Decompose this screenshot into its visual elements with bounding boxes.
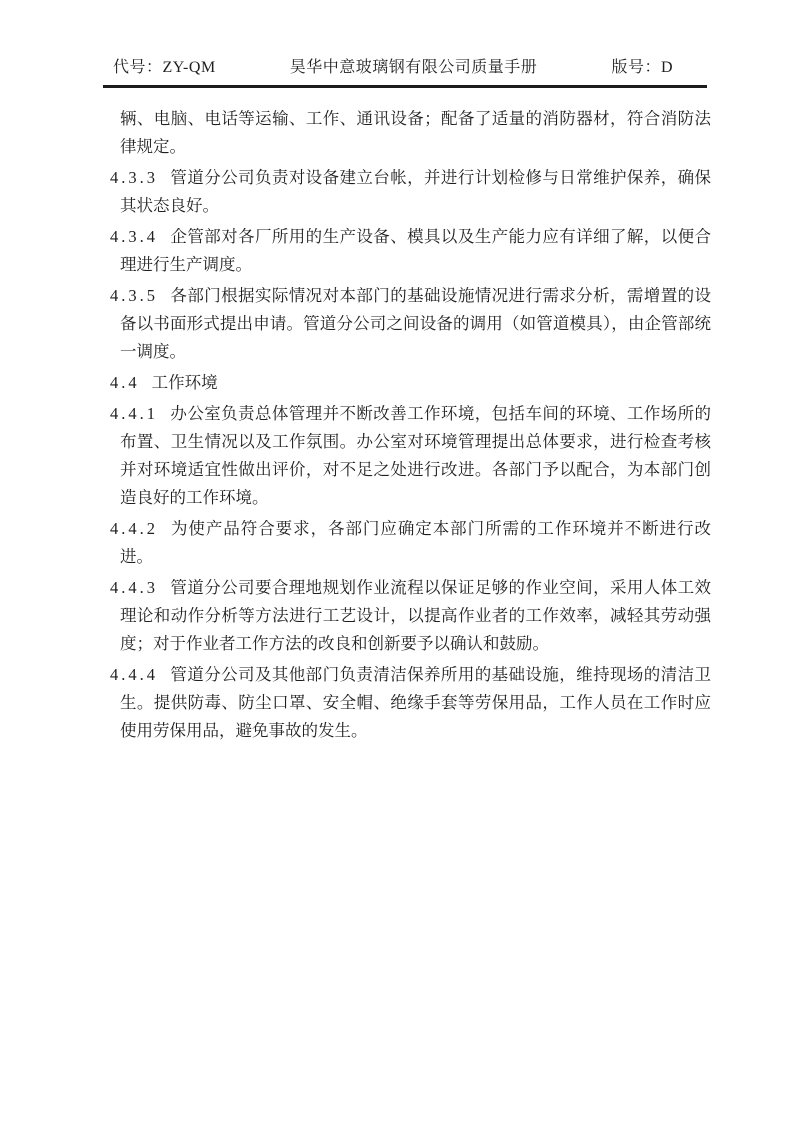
header-row: 代号：ZY-QM 昊华中意玻璃钢有限公司质量手册 版号：D <box>103 54 707 85</box>
paragraph-4-4-3: 4.4.3管道分公司要合理地规划作业流程以保证足够的作业空间，采用人体工效理论和… <box>110 574 711 658</box>
doc-code-label: 代号：ZY-QM <box>113 54 216 77</box>
document-page: 代号：ZY-QM 昊华中意玻璃钢有限公司质量手册 版号：D 辆、电脑、电话等运输… <box>0 0 800 1131</box>
section-heading-text: 工作环境 <box>152 373 218 392</box>
paragraph-4-3-4: 4.3.4企管部对各厂所用的生产设备、模具以及生产能力应有详细了解，以便合理进行… <box>110 223 711 279</box>
clause-number: 4.4 <box>110 373 140 392</box>
clause-text: 管道分公司要合理地规划作业流程以保证足够的作业空间，采用人体工效理论和动作分析等… <box>120 578 711 653</box>
doc-version-label: 版号：D <box>611 54 673 77</box>
page-header: 代号：ZY-QM 昊华中意玻璃钢有限公司质量手册 版号：D <box>103 54 707 88</box>
clause-text: 为使产品符合要求，各部门应确定本部门所需的工作环境并不断进行改进。 <box>120 519 711 566</box>
clause-text: 管道分公司负责对设备建立台帐，并进行计划检修与日常维护保养，确保其状态良好。 <box>120 168 711 215</box>
section-heading-4-4: 4.4工作环境 <box>110 369 711 397</box>
clause-text: 办公室负责总体管理并不断改善工作环境，包括车间的环境、工作场所的布置、卫生情况以… <box>120 404 711 507</box>
clause-number: 4.4.1 <box>110 404 158 423</box>
header-rule <box>103 85 707 88</box>
clause-text: 企管部对各厂所用的生产设备、模具以及生产能力应有详细了解，以便合理进行生产调度。 <box>120 227 711 274</box>
paragraph-continuation: 辆、电脑、电话等运输、工作、通讯设备；配备了适量的消防器材，符合消防法律规定。 <box>110 105 711 161</box>
clause-number: 4.4.3 <box>110 578 158 597</box>
clause-text: 各部门根据实际情况对本部门的基础设施情况进行需求分析，需增置的设备以书面形式提出… <box>120 286 711 361</box>
paragraph-4-4-1: 4.4.1办公室负责总体管理并不断改善工作环境，包括车间的环境、工作场所的布置、… <box>110 400 711 512</box>
document-body: 辆、电脑、电话等运输、工作、通讯设备；配备了适量的消防器材，符合消防法律规定。 … <box>110 105 711 745</box>
paragraph-4-4-4: 4.4.4管道分公司及其他部门负责清洁保养所用的基础设施，维持现场的清洁卫生。提… <box>110 661 711 745</box>
clause-number: 4.3.5 <box>110 286 158 305</box>
clause-text: 辆、电脑、电话等运输、工作、通讯设备；配备了适量的消防器材，符合消防法律规定。 <box>120 109 711 156</box>
clause-number: 4.4.2 <box>110 519 158 538</box>
clause-number: 4.3.4 <box>110 227 158 246</box>
paragraph-4-3-5: 4.3.5各部门根据实际情况对本部门的基础设施情况进行需求分析，需增置的设备以书… <box>110 282 711 366</box>
clause-text: 管道分公司及其他部门负责清洁保养所用的基础设施，维持现场的清洁卫生。提供防毒、防… <box>120 665 711 740</box>
paragraph-4-4-2: 4.4.2为使产品符合要求，各部门应确定本部门所需的工作环境并不断进行改进。 <box>110 515 711 571</box>
clause-number: 4.3.3 <box>110 168 158 187</box>
doc-title: 昊华中意玻璃钢有限公司质量手册 <box>290 54 538 77</box>
paragraph-4-3-3: 4.3.3管道分公司负责对设备建立台帐，并进行计划检修与日常维护保养，确保其状态… <box>110 164 711 220</box>
clause-number: 4.4.4 <box>110 665 158 684</box>
